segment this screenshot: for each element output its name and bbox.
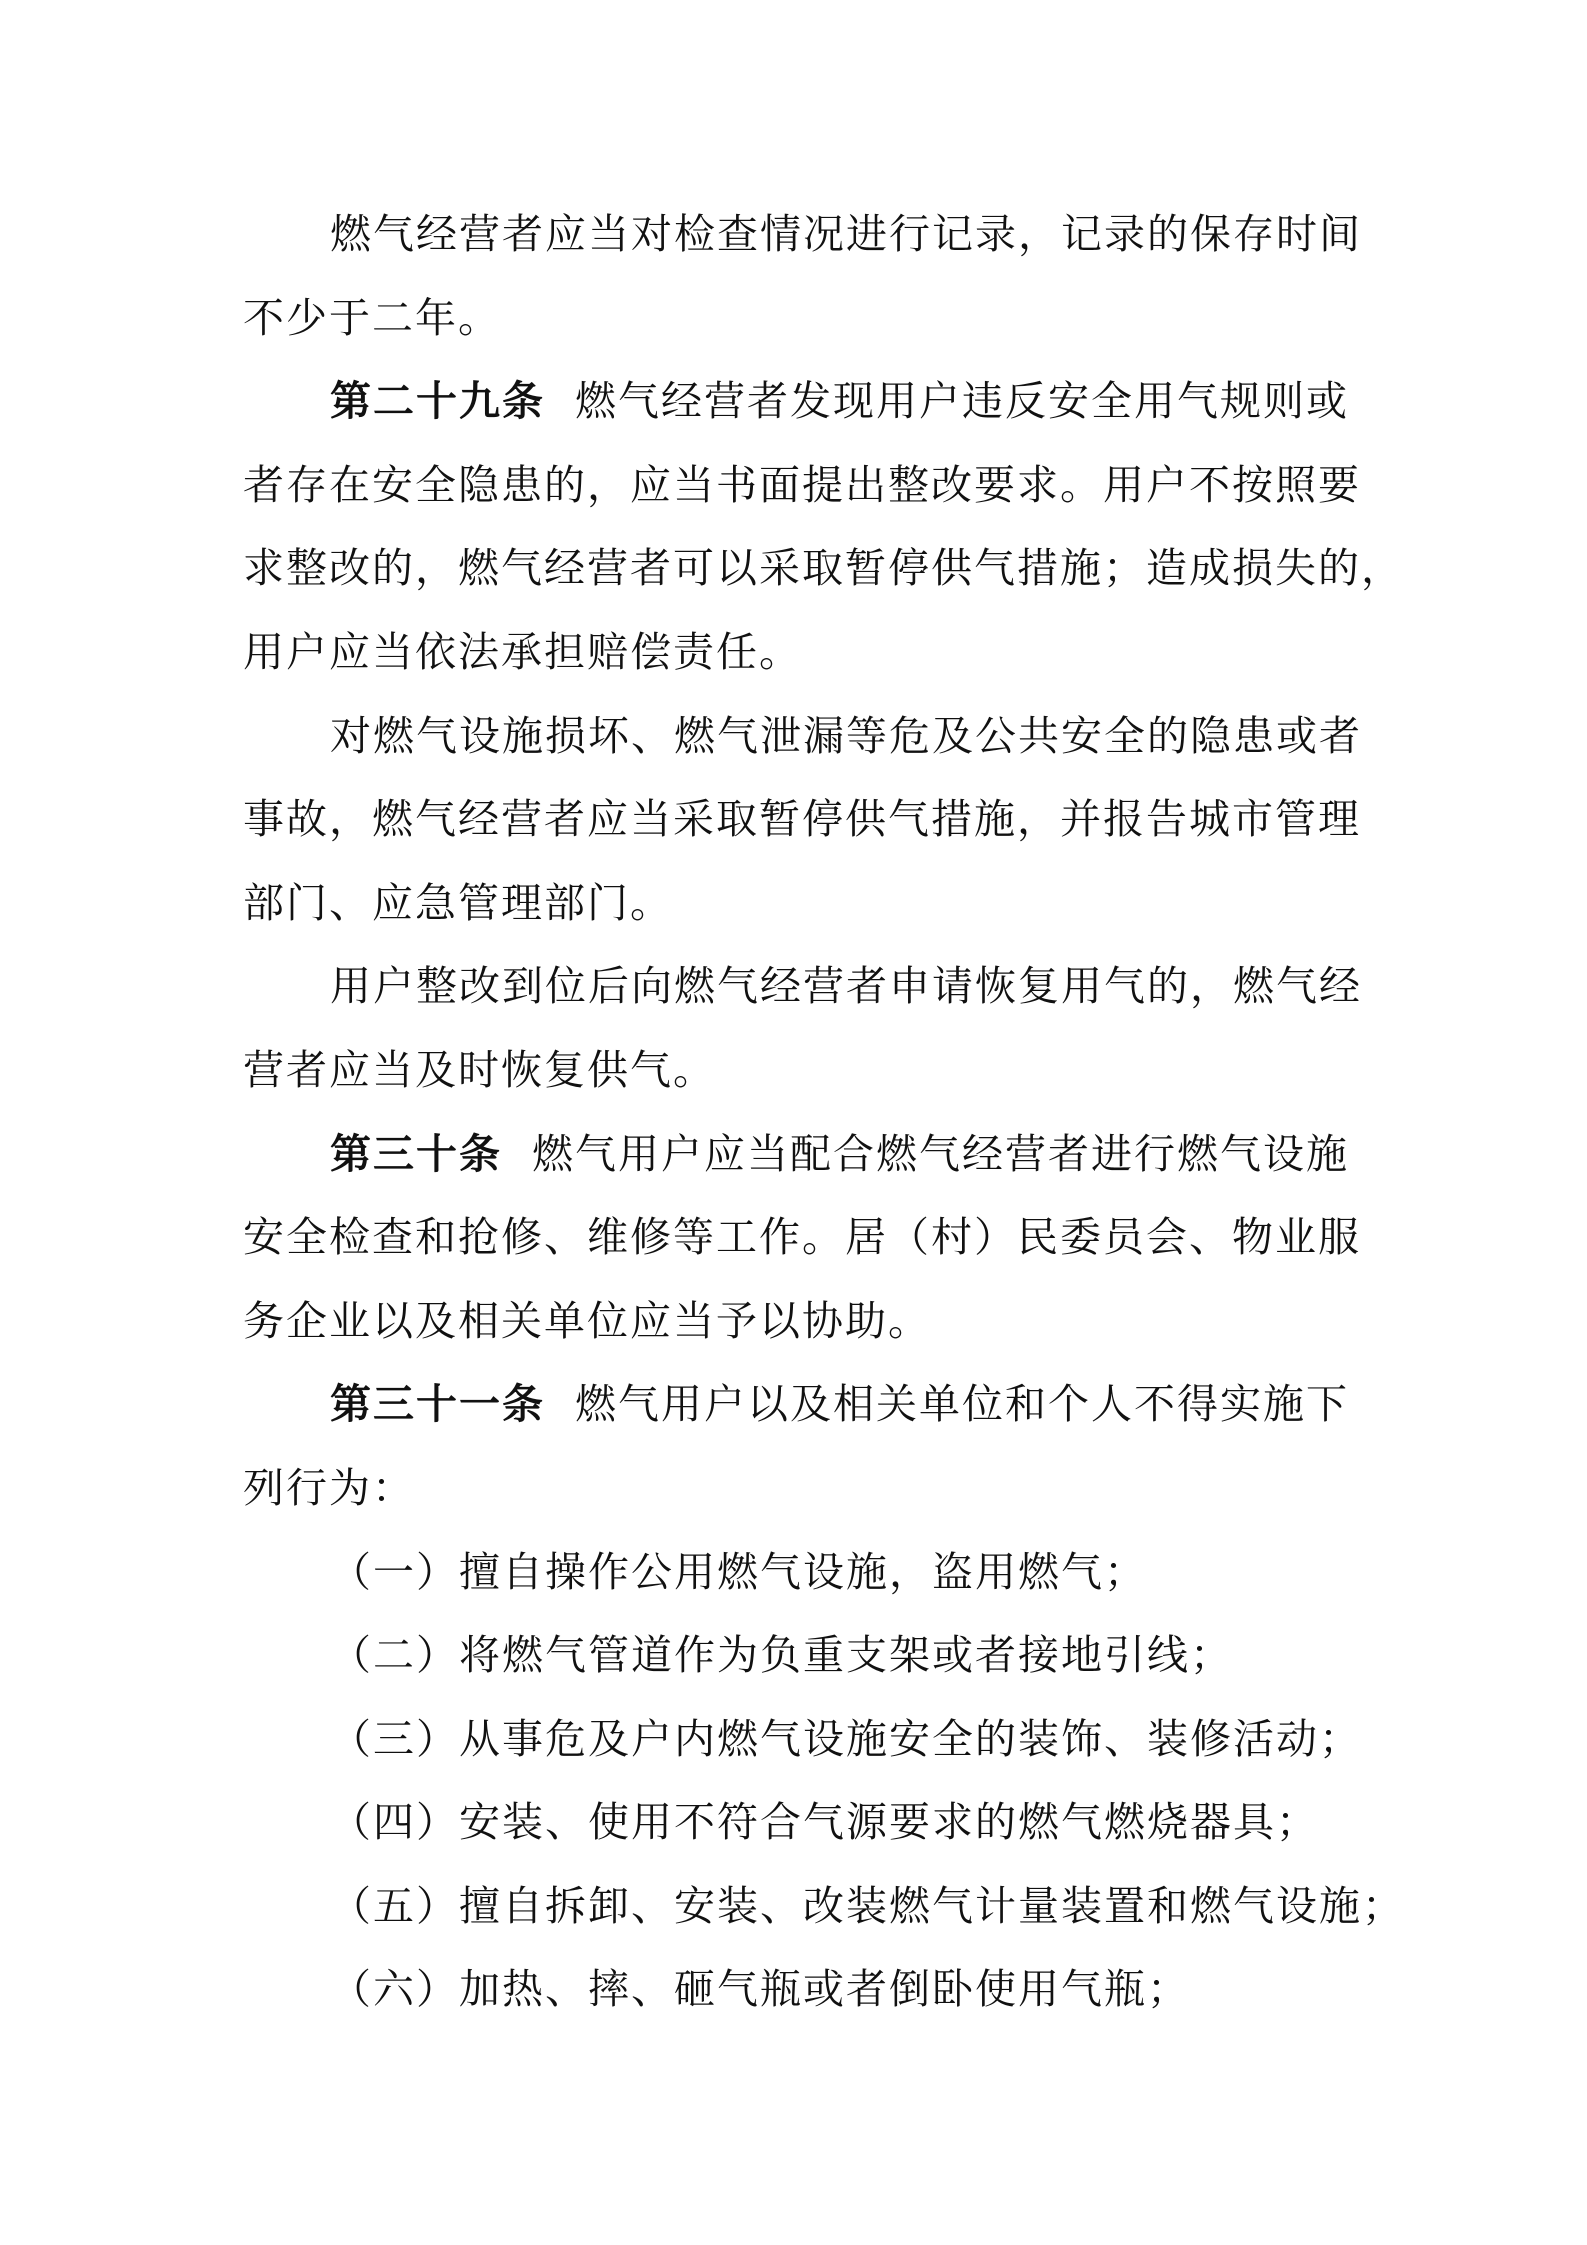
article-label: 第二十九条 xyxy=(330,377,545,425)
text-line: 对燃气设施损坏、燃气泄漏等危及公共安全的隐患或者 xyxy=(243,695,1345,779)
list-item: （五）擅自拆卸、安装、改装燃气计量装置和燃气设施； xyxy=(243,1865,1345,1949)
paragraph-restore-supply: 用户整改到位后向燃气经营者申请恢复用气的，燃气经 营者应当及时恢复供气。 xyxy=(243,945,1345,1112)
text-line: 不少于二年。 xyxy=(243,277,1345,361)
text-line: 求整改的，燃气经营者可以采取暂停供气措施；造成损失的， xyxy=(243,527,1345,611)
list-item: （四）安装、使用不符合气源要求的燃气燃烧器具； xyxy=(243,1781,1345,1865)
article-text: 燃气经营者发现用户违反安全用气规则或 xyxy=(575,377,1349,425)
text-line: 列行为： xyxy=(243,1447,1345,1531)
list-item: （一）擅自操作公用燃气设施，盗用燃气； xyxy=(243,1531,1345,1615)
article-30: 第三十条燃气用户应当配合燃气经营者进行燃气设施 安全检查和抢修、维修等工作。居（… xyxy=(243,1113,1345,1364)
text-line: 燃气经营者应当对检查情况进行记录，记录的保存时间 xyxy=(243,193,1345,277)
article-text: 燃气用户以及相关单位和个人不得实施下 xyxy=(575,1380,1349,1428)
document-page: 燃气经营者应当对检查情况进行记录，记录的保存时间 不少于二年。 第二十九条燃气经… xyxy=(0,0,1587,2245)
text-line: 安全检查和抢修、维修等工作。居（村）民委员会、物业服 xyxy=(243,1196,1345,1280)
list-item: （三）从事危及户内燃气设施安全的装饰、装修活动； xyxy=(243,1698,1345,1782)
text-line: 第三十条燃气用户应当配合燃气经营者进行燃气设施 xyxy=(243,1113,1345,1197)
text-line: 用户应当依法承担赔偿责任。 xyxy=(243,611,1345,695)
paragraph-record-keeping: 燃气经营者应当对检查情况进行记录，记录的保存时间 不少于二年。 xyxy=(243,193,1345,360)
list-item: （二）将燃气管道作为负重支架或者接地引线； xyxy=(243,1614,1345,1698)
prohibited-acts-list: （一）擅自操作公用燃气设施，盗用燃气； （二）将燃气管道作为负重支架或者接地引线… xyxy=(243,1531,1345,2033)
article-label: 第三十条 xyxy=(330,1130,502,1178)
text-line: 第三十一条燃气用户以及相关单位和个人不得实施下 xyxy=(243,1363,1345,1447)
article-31: 第三十一条燃气用户以及相关单位和个人不得实施下 列行为： xyxy=(243,1363,1345,1530)
text-line: 第二十九条燃气经营者发现用户违反安全用气规则或 xyxy=(243,360,1345,444)
text-line: 事故，燃气经营者应当采取暂停供气措施，并报告城市管理 xyxy=(243,778,1345,862)
article-29: 第二十九条燃气经营者发现用户违反安全用气规则或 者存在安全隐患的，应当书面提出整… xyxy=(243,360,1345,694)
text-line: 营者应当及时恢复供气。 xyxy=(243,1029,1345,1113)
list-item: （六）加热、摔、砸气瓶或者倒卧使用气瓶； xyxy=(243,1948,1345,2032)
text-line: 务企业以及相关单位应当予以协助。 xyxy=(243,1280,1345,1364)
article-label: 第三十一条 xyxy=(330,1380,545,1428)
document-body: 燃气经营者应当对检查情况进行记录，记录的保存时间 不少于二年。 第二十九条燃气经… xyxy=(243,193,1345,2032)
text-line: 部门、应急管理部门。 xyxy=(243,862,1345,946)
text-line: 用户整改到位后向燃气经营者申请恢复用气的，燃气经 xyxy=(243,945,1345,1029)
article-text: 燃气用户应当配合燃气经营者进行燃气设施 xyxy=(532,1130,1349,1178)
text-line: 者存在安全隐患的，应当书面提出整改要求。用户不按照要 xyxy=(243,444,1345,528)
paragraph-hazard-report: 对燃气设施损坏、燃气泄漏等危及公共安全的隐患或者 事故，燃气经营者应当采取暂停供… xyxy=(243,695,1345,946)
